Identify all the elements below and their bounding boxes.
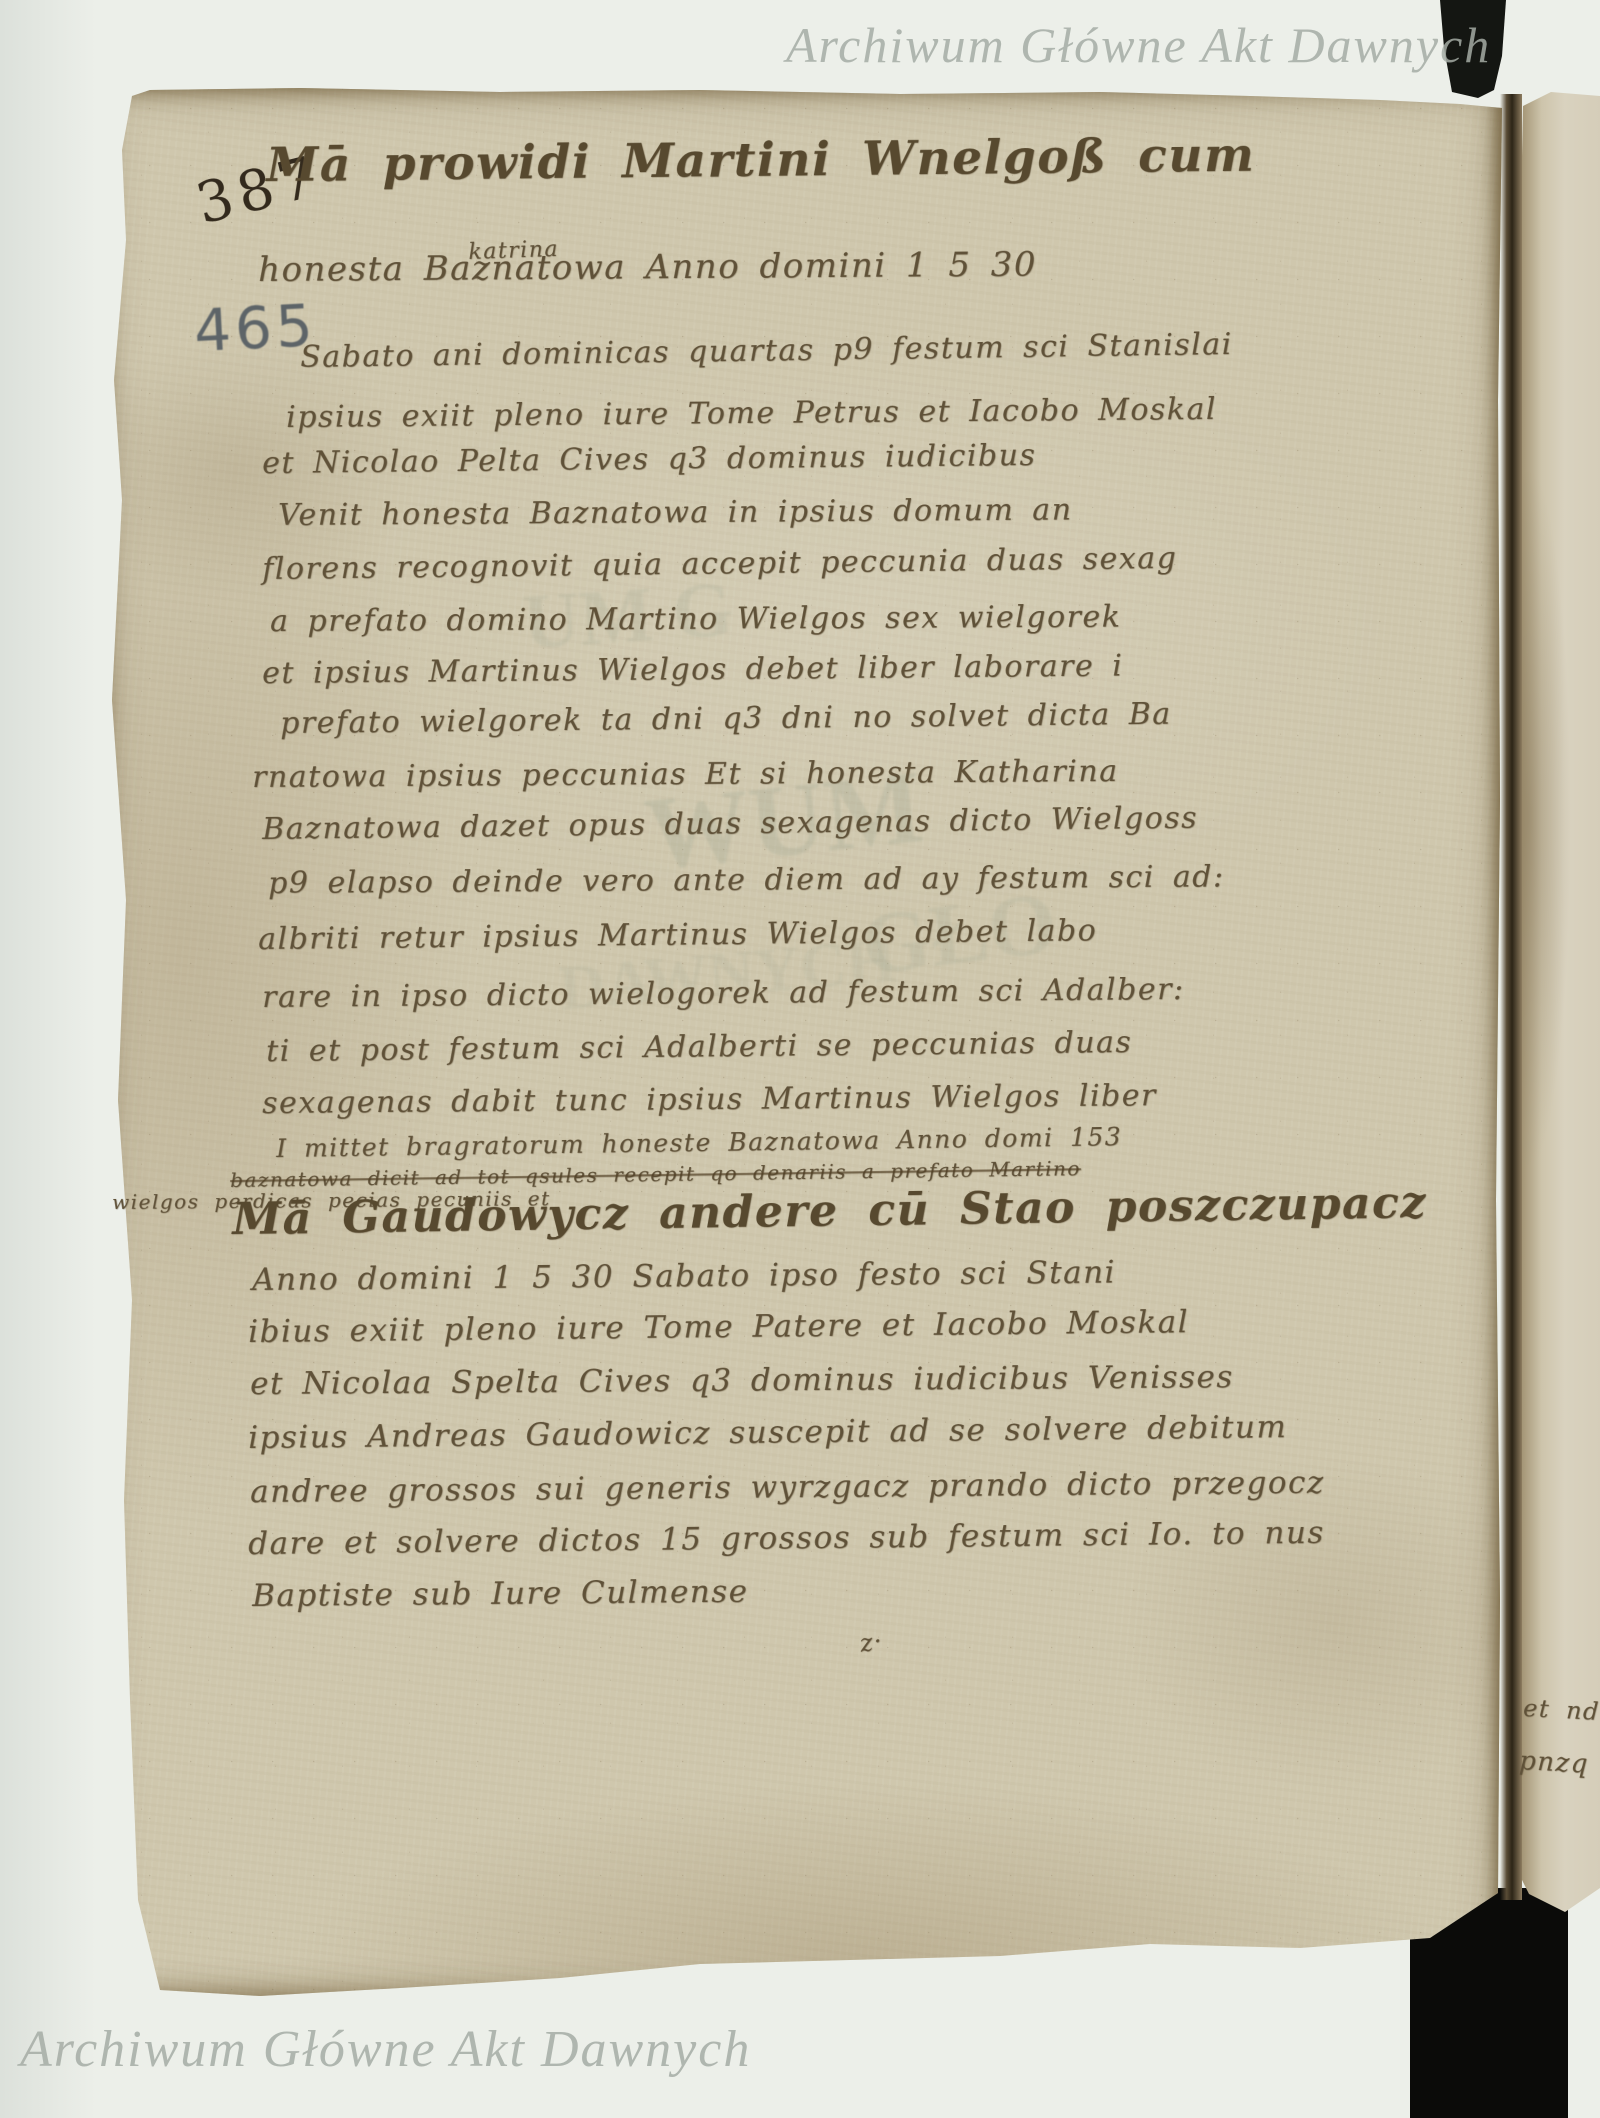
scanner-bed-shading [0,0,120,2118]
manuscript-line: Baptiste sub Iure Culmense [252,1574,749,1614]
watermark-top: Archiwum Główne Akt Dawnych [786,16,1491,74]
manuscript-line: rnatowa ipsius peccunias Et si honesta K… [252,754,1119,795]
manuscript-line: p9 elapso deinde vero ante diem ad ay fe… [268,859,1225,901]
entry1-heading: Mā prowidi Martini Wnelgoß cum [266,128,1255,193]
manuscript-line: Venit honesta Baznatowa in ipsius domum … [278,492,1073,533]
facing-page-fragment: pnzq [1518,1746,1589,1780]
manuscript-line: a prefato domino Martino Wielgos sex wie… [270,600,1121,639]
manuscript-line: honesta Baznatowa Anno domini 1 5 30 [258,245,1037,290]
facing-page-fragment: et nde [1523,1694,1600,1727]
book-gutter [1500,94,1522,1900]
manuscript-line: et ipsius Martinus Wielgos debet liber l… [262,648,1124,691]
watermark-bottom: Archiwum Główne Akt Dawnych [20,2020,751,2079]
facing-page-edge [1521,86,1600,1916]
manuscript-line: Anno domini 1 5 30 Sabato ipso festo sci… [252,1254,1116,1298]
manuscript-line: et Nicolaa Spelta Cives q3 dominus iudic… [250,1359,1234,1402]
flourish-mark: z· [858,1627,885,1658]
